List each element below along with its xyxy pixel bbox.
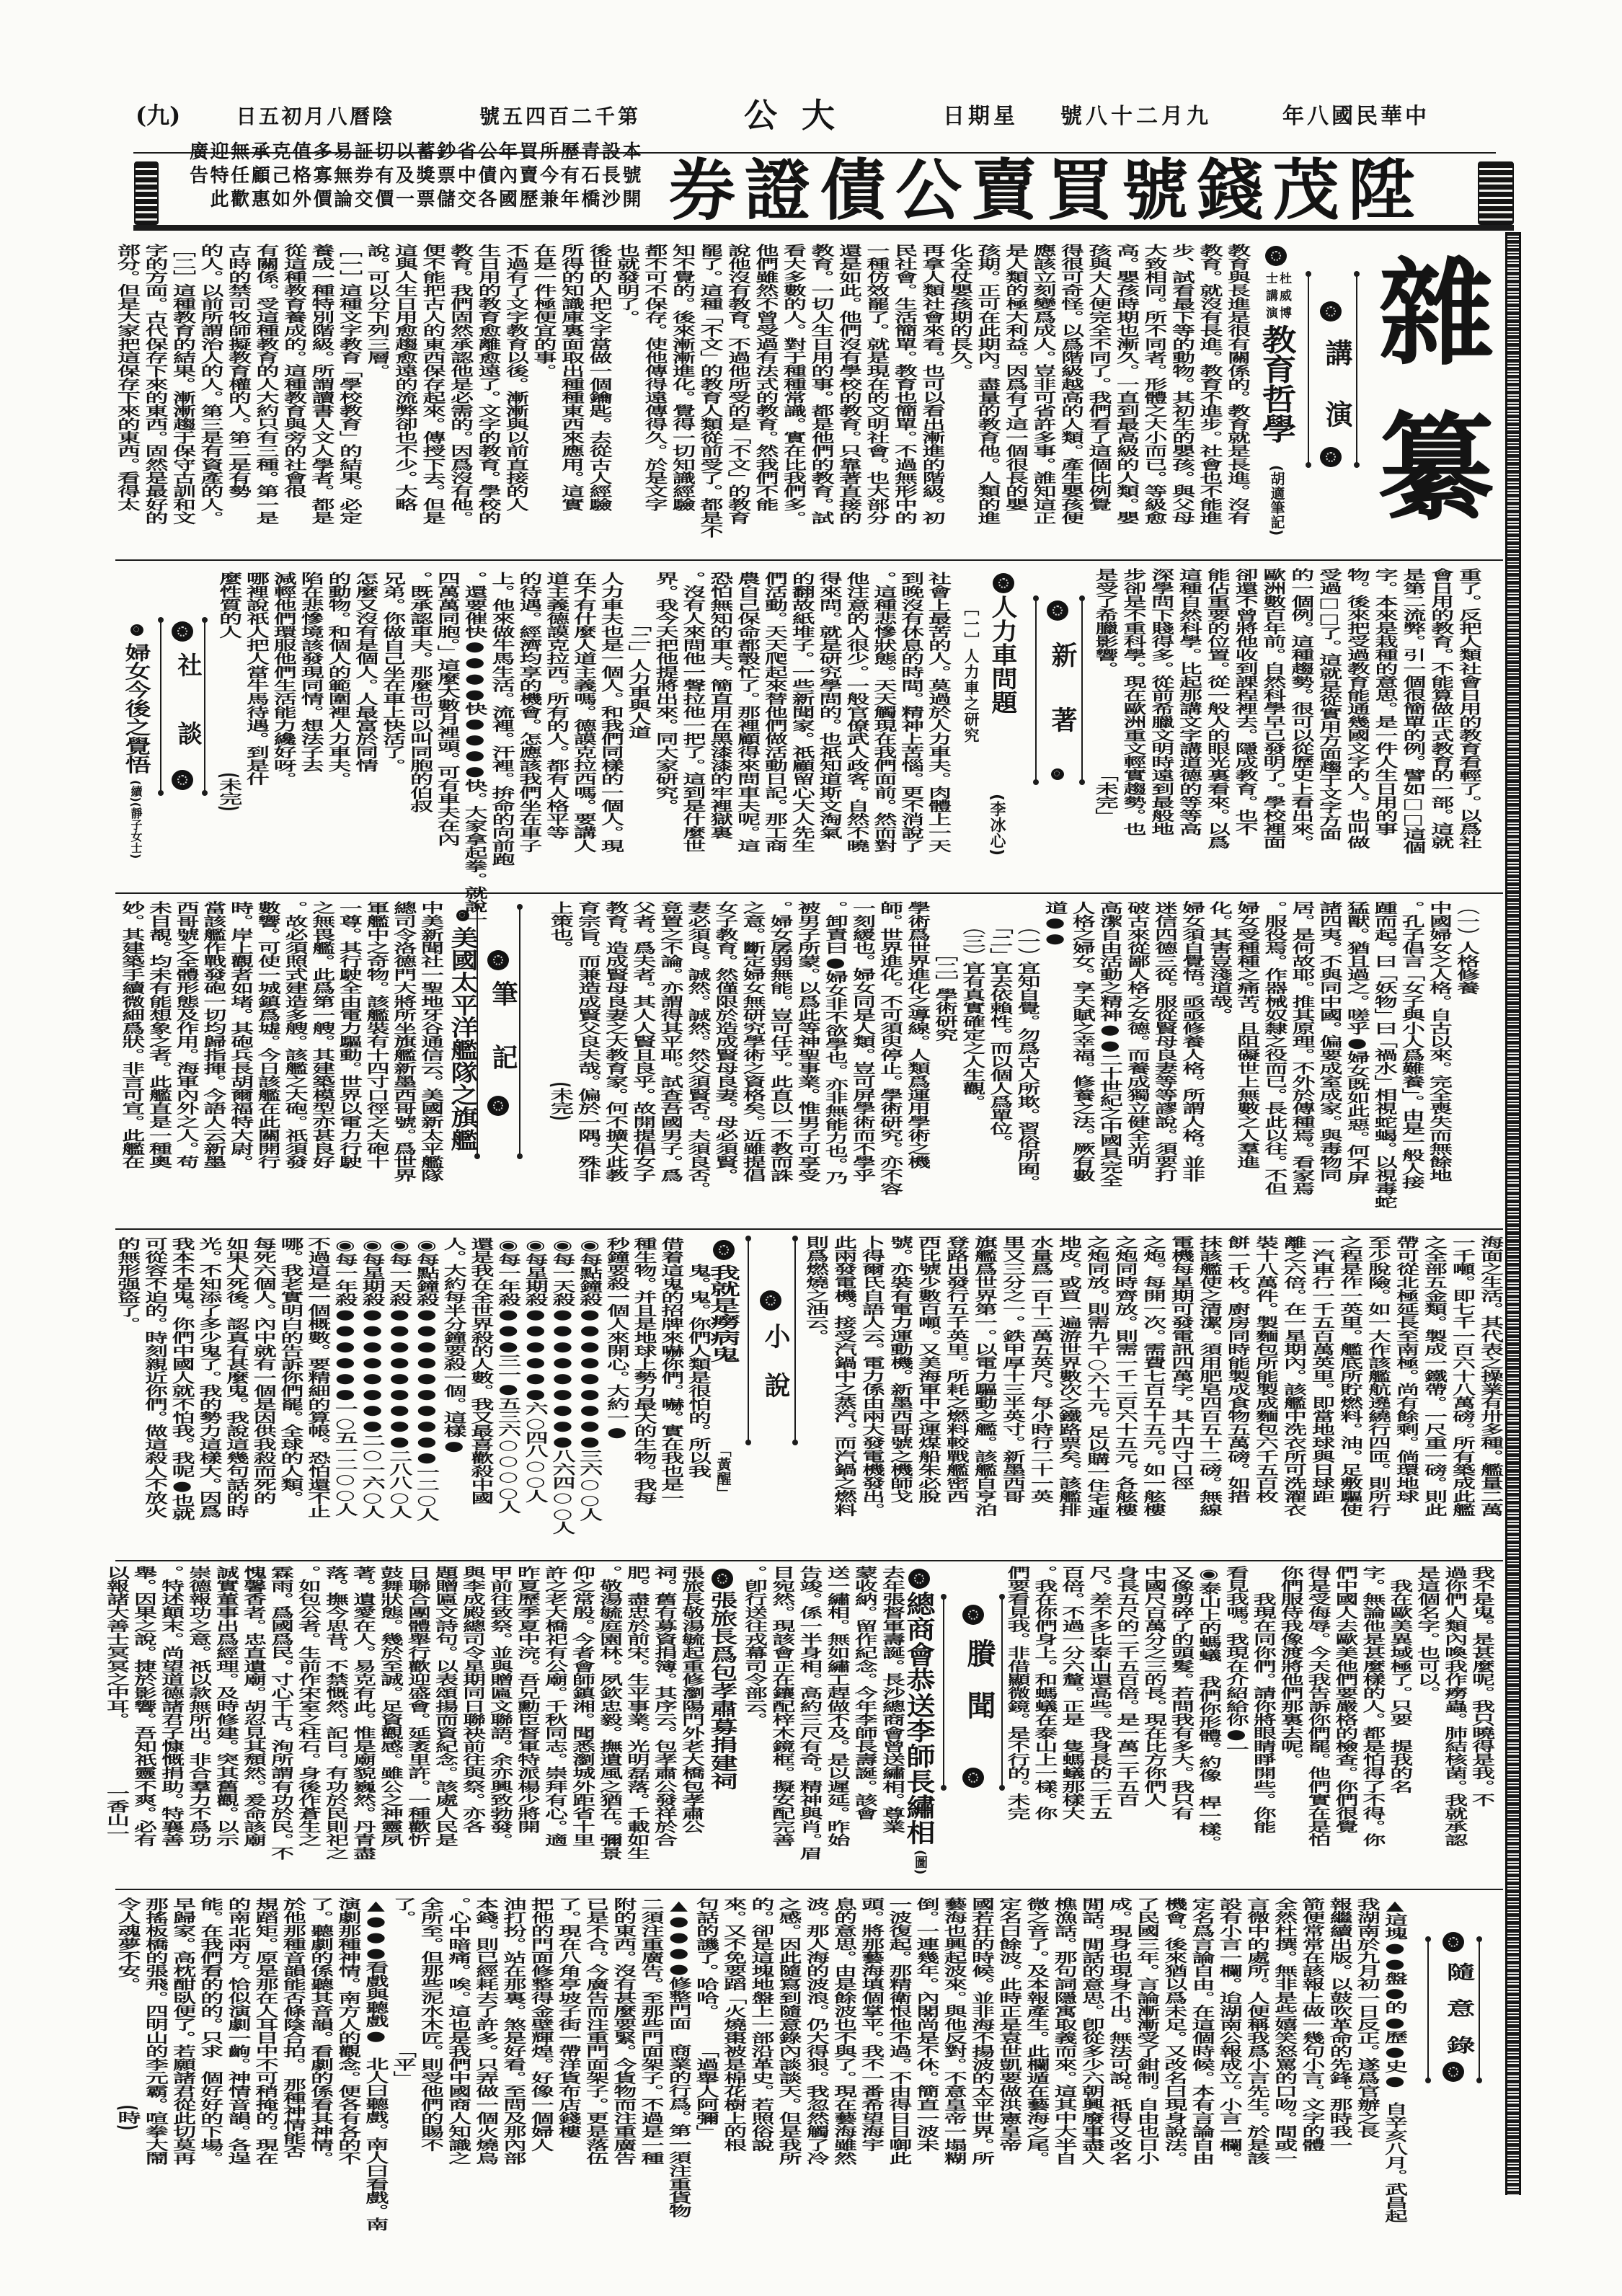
new-writing-label-rule-left — [1035, 598, 1037, 782]
fleet-article-body-part2: 海面之生活。其代表之操業有卅多種。艦量二萬 一千噸。即七千一百六十八萬磅。所有築… — [802, 1236, 1504, 1519]
lecture-recorder: (胡適筆記) — [1268, 465, 1285, 536]
news-item-1-tag: (圖) — [912, 1850, 928, 1874]
lecture-label: 講演 — [1317, 339, 1357, 461]
news-item-1-body: 去年張督軍壽誕。長沙總商會曾送繡相。尊業 蒙收納。留作紀念。今年李師長壽誕。該會… — [741, 1566, 906, 1860]
rickshaw-article-body: 社會上最苦的人。莫過於人力車夫。肉體上一天 到晚沒有休息的時間。精神上苦惱。更不… — [215, 572, 952, 926]
lecture-label-ornament-bottom-icon — [1320, 447, 1342, 467]
fiction-label-ornament-icon — [760, 1290, 781, 1311]
lecture-title: 教育哲學 — [1258, 324, 1294, 443]
paper-name: 大公 — [764, 95, 859, 136]
new-writing-label: 新著 — [1045, 642, 1081, 771]
fiction-label-rule-left — [748, 1238, 749, 1442]
section-title-char-1: 雜 — [1373, 241, 1499, 386]
section-title-char-2: 纂 — [1373, 396, 1499, 540]
news-item-1-title-ornament-icon — [908, 1569, 930, 1589]
fiction-author: 「黃醒」 — [714, 1442, 732, 1500]
lecture-label-rule-left — [1308, 274, 1309, 465]
new-writing-label-ornament-icon — [1047, 600, 1068, 621]
social-talk-label-rule-left — [160, 620, 161, 793]
new-writing-label-ornament-bottom-icon — [1051, 768, 1064, 780]
news-item-1-title: 總商會恭送李師長繡相 — [903, 1591, 934, 1845]
social-talk-label-ornament-top-icon — [172, 621, 193, 642]
fiction-body-part1: 鬼。鬼。你們人類是很怕的。所以我 借着這鬼的招牌來嚇你們。嚇。實在我也是一 種生… — [114, 1237, 712, 1535]
tier-divider-1 — [115, 559, 1503, 561]
banner-thick-rule — [133, 225, 1514, 231]
fiction-label: 小說 — [758, 1323, 794, 1421]
fleet-article-body-part1: 中美新聞社一聖地牙谷通信云。美國新太平艦隊 總司令洛德門大將所坐旗艦新墨西哥號。… — [118, 901, 444, 1182]
new-writing-label-rule-right — [1081, 598, 1083, 782]
news-item-2-title: 張旅長爲包孝肅募捐建祠 — [707, 1591, 736, 1790]
notes-label-ornament-bottom-icon — [487, 1096, 509, 1116]
women-article-body: （一）人格修養 中國婦女之人格。自古以來。完全喪失而無餘地 。孔子倡言「女子與小… — [547, 901, 1481, 1209]
tier-divider-3 — [115, 1228, 1503, 1230]
page-number: (九) — [136, 99, 180, 131]
notes-label: 筆記 — [485, 980, 522, 1107]
fiction-title: 我就是癆病鬼 — [707, 1264, 739, 1362]
weekday: 星期日 — [941, 101, 1019, 133]
lecture-byline: 杜威博 士講演 — [1263, 272, 1290, 324]
section-title-miscellany: 雜 纂 — [1373, 241, 1499, 540]
lecture-body-part1: 教育與長進是很有關係的。教育就是長進。沒有 教育。就沒有長進。教育不進步。社會也… — [114, 244, 1252, 538]
women-article-title: 婦女今後之覺悟 — [123, 643, 150, 774]
random-notes-label: 隨意錄 — [1438, 1962, 1479, 2072]
fleet-article-title: 美國太平洋艦隊之旗艦 — [448, 926, 477, 1151]
fiction-title-ornament-icon — [713, 1240, 735, 1260]
notes-label-ornament-top-icon — [487, 950, 509, 970]
news-item-2-title-ornament-icon — [712, 1569, 733, 1589]
women-article-title-ornament-icon — [130, 624, 143, 636]
women-article-note: (續)(靜子女士) — [128, 780, 143, 859]
page-right-border — [1505, 232, 1521, 2195]
local-news-label-ornament-bottom-icon — [962, 1768, 984, 1788]
lecture-label-ornament-top-icon — [1320, 301, 1342, 322]
banner-right-ornament — [1478, 161, 1514, 225]
lecture-body-part2: 重了。反把人類社會日用的教育看輕了。以爲社 會日用的教育。不能算做正式教育的一部… — [1091, 568, 1483, 854]
year: 中華民國八年 — [1281, 101, 1430, 133]
social-talk-label: 社談 — [170, 652, 205, 789]
banner-headline: 陞茂錢號買賣公債證券 — [652, 154, 1424, 226]
local-news-label-rule-right — [1001, 1597, 1003, 1788]
rickshaw-article-subtitle: ［一］人力車之研究 — [962, 600, 980, 743]
random-notes-label-rule-left — [1427, 1939, 1429, 2080]
fiction-body-part2: 我不是鬼。是甚麼呢。我只曉得是我。不 過你們人類內喚我作癆蟲。肺結核菌。我就承認… — [1003, 1566, 1495, 1849]
date: 九月二十八號 — [1058, 101, 1212, 133]
newspaper-page: (九) 陰曆八月初五日 第千二百四五號 大公 星期日 九月二十八號 中華民國八年… — [0, 0, 1622, 2296]
tier-divider-5 — [115, 1889, 1503, 1890]
local-news-label: 賸聞 — [959, 1639, 1000, 1742]
lunar-date: 陰曆八月初五日 — [235, 101, 395, 133]
fleet-article-title-ornament-icon — [456, 910, 469, 921]
news-item-2-body: 張旅長敬湯毓起重修瀏陽門外老大橋包孝肅公 祠。舊有募資捐簿。其序云。包孝肅公發祥… — [103, 1566, 706, 1860]
rickshaw-article-title: 人力車問題 — [989, 595, 1016, 714]
tier-divider-4 — [115, 1560, 1503, 1561]
random-notes-label-ornament-bottom-icon — [1442, 2062, 1464, 2082]
issue-number: 第千二百四五號 — [477, 101, 641, 133]
banner-ad-text: 本號開 設長沙 青石橋 歷有年 所今兼 買賣歷 年內國 公債各 省中交 鈔票儲 … — [187, 141, 640, 213]
banner-left-ornament — [134, 161, 159, 225]
lecture-title-ornament-icon — [1265, 246, 1287, 266]
random-notes-body: ▲這塊●●盤●的●歷●史● 自辛亥八月。武昌起 我湖南於九月初一日反正。遂爲官辦… — [114, 1897, 1409, 2231]
random-notes-label-ornament-top-icon — [1442, 1932, 1464, 1952]
rickshaw-article-author: (李冰心) — [988, 794, 1005, 856]
local-news-label-ornament-top-icon — [962, 1605, 984, 1625]
social-talk-label-ornament-bottom-icon — [172, 770, 193, 790]
local-news-label-rule-left — [943, 1597, 944, 1788]
rickshaw-title-ornament-icon — [993, 573, 1014, 593]
fiction-label-rule-right — [794, 1238, 796, 1442]
